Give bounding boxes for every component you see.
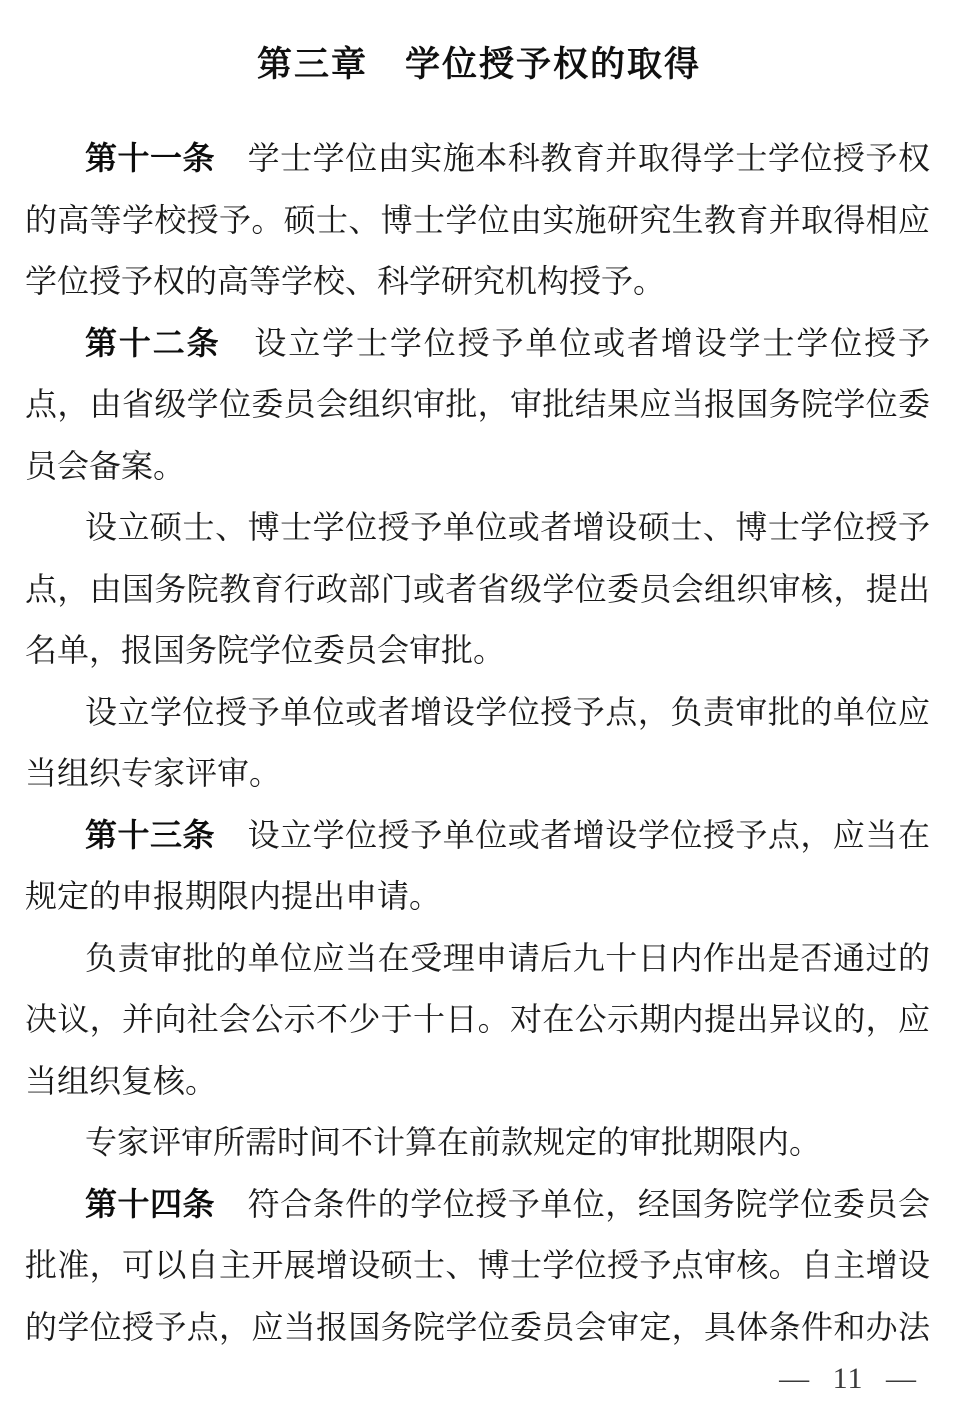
text-line: 点，由省级学位委员会组织审批，审批结果应当报国务院学位委 xyxy=(25,374,930,436)
line-text: 的学位授予点，应当报国务院学位委员会审定，具体条件和办法 xyxy=(25,1309,930,1345)
line-text: 员会备案。 xyxy=(25,448,185,484)
line-text: 点，由省级学位委员会组织审批，审批结果应当报国务院学位委 xyxy=(25,386,930,422)
text-line: 第十四条 符合条件的学位授予单位，经国务院学位委员会 xyxy=(25,1174,930,1236)
line-text: 决议，并向社会公示不少于十日。对在公示期内提出异议的，应 xyxy=(25,1001,930,1037)
line-text: 符合条件的学位授予单位，经国务院学位委员会 xyxy=(215,1186,930,1222)
line-text: 名单，报国务院学位委员会审批。 xyxy=(25,632,505,668)
text-line: 规定的申报期限内提出申请。 xyxy=(25,866,930,928)
text-line: 设立学位授予单位或者增设学位授予点，负责审批的单位应 xyxy=(25,682,930,744)
line-text: 的高等学校授予。硕士、博士学位由实施研究生教育并取得相应 xyxy=(25,202,930,238)
text-line: 员会备案。 xyxy=(25,436,930,498)
chapter-title: 第三章 学位授予权的取得 xyxy=(0,0,958,87)
text-line: 的学位授予点，应当报国务院学位委员会审定，具体条件和办法 xyxy=(25,1297,930,1359)
text-line: 当组织专家评审。 xyxy=(25,743,930,805)
line-text: 点，由国务院教育行政部门或者省级学位委员会组织审核，提出 xyxy=(25,571,930,607)
line-text: 学位授予权的高等学校、科学研究机构授予。 xyxy=(25,263,665,299)
line-text: 专家评审所需时间不计算在前款规定的审批期限内。 xyxy=(85,1124,821,1160)
text-line: 决议，并向社会公示不少于十日。对在公示期内提出异议的，应 xyxy=(25,989,930,1051)
line-text: 规定的申报期限内提出申请。 xyxy=(25,878,441,914)
line-text: 当组织复核。 xyxy=(25,1063,217,1099)
article-number: 第十三条 xyxy=(85,817,215,853)
article-number: 第十四条 xyxy=(85,1186,215,1222)
line-text: 当组织专家评审。 xyxy=(25,755,281,791)
text-line: 第十一条 学士学位由实施本科教育并取得学士学位授予权 xyxy=(25,128,930,190)
text-line: 点，由国务院教育行政部门或者省级学位委员会组织审核，提出 xyxy=(25,559,930,621)
line-text: 设立学士学位授予单位或者增设学士学位授予 xyxy=(221,325,930,361)
line-text: 设立学位授予单位或者增设学位授予点，应当在 xyxy=(215,817,930,853)
document-page: 第三章 学位授予权的取得 第十一条 学士学位由实施本科教育并取得学士学位授予权 … xyxy=(0,0,958,1416)
line-text: 设立硕士、博士学位授予单位或者增设硕士、博士学位授予 xyxy=(85,509,930,545)
line-text: 负责审批的单位应当在受理申请后九十日内作出是否通过的 xyxy=(85,940,930,976)
text-line: 批准，可以自主开展增设硕士、博士学位授予点审核。自主增设 xyxy=(25,1235,930,1297)
text-line: 第十二条 设立学士学位授予单位或者增设学士学位授予 xyxy=(25,313,930,375)
text-line: 学位授予权的高等学校、科学研究机构授予。 xyxy=(25,251,930,313)
article-number: 第十一条 xyxy=(85,140,215,176)
text-line: 负责审批的单位应当在受理申请后九十日内作出是否通过的 xyxy=(25,928,930,990)
line-text: 学士学位由实施本科教育并取得学士学位授予权 xyxy=(215,140,930,176)
page-number: — 11 — xyxy=(779,1363,917,1395)
text-line: 第十三条 设立学位授予单位或者增设学位授予点，应当在 xyxy=(25,805,930,867)
line-text: 设立学位授予单位或者增设学位授予点，负责审批的单位应 xyxy=(85,694,930,730)
article-number: 第十二条 xyxy=(85,325,221,361)
text-line: 当组织复核。 xyxy=(25,1051,930,1113)
text-line: 专家评审所需时间不计算在前款规定的审批期限内。 xyxy=(25,1112,930,1174)
body-text: 第十一条 学士学位由实施本科教育并取得学士学位授予权 的高等学校授予。硕士、博士… xyxy=(0,128,958,1358)
text-line: 设立硕士、博士学位授予单位或者增设硕士、博士学位授予 xyxy=(25,497,930,559)
line-text: 批准，可以自主开展增设硕士、博士学位授予点审核。自主增设 xyxy=(25,1247,930,1283)
text-line: 的高等学校授予。硕士、博士学位由实施研究生教育并取得相应 xyxy=(25,190,930,252)
text-line: 名单，报国务院学位委员会审批。 xyxy=(25,620,930,682)
